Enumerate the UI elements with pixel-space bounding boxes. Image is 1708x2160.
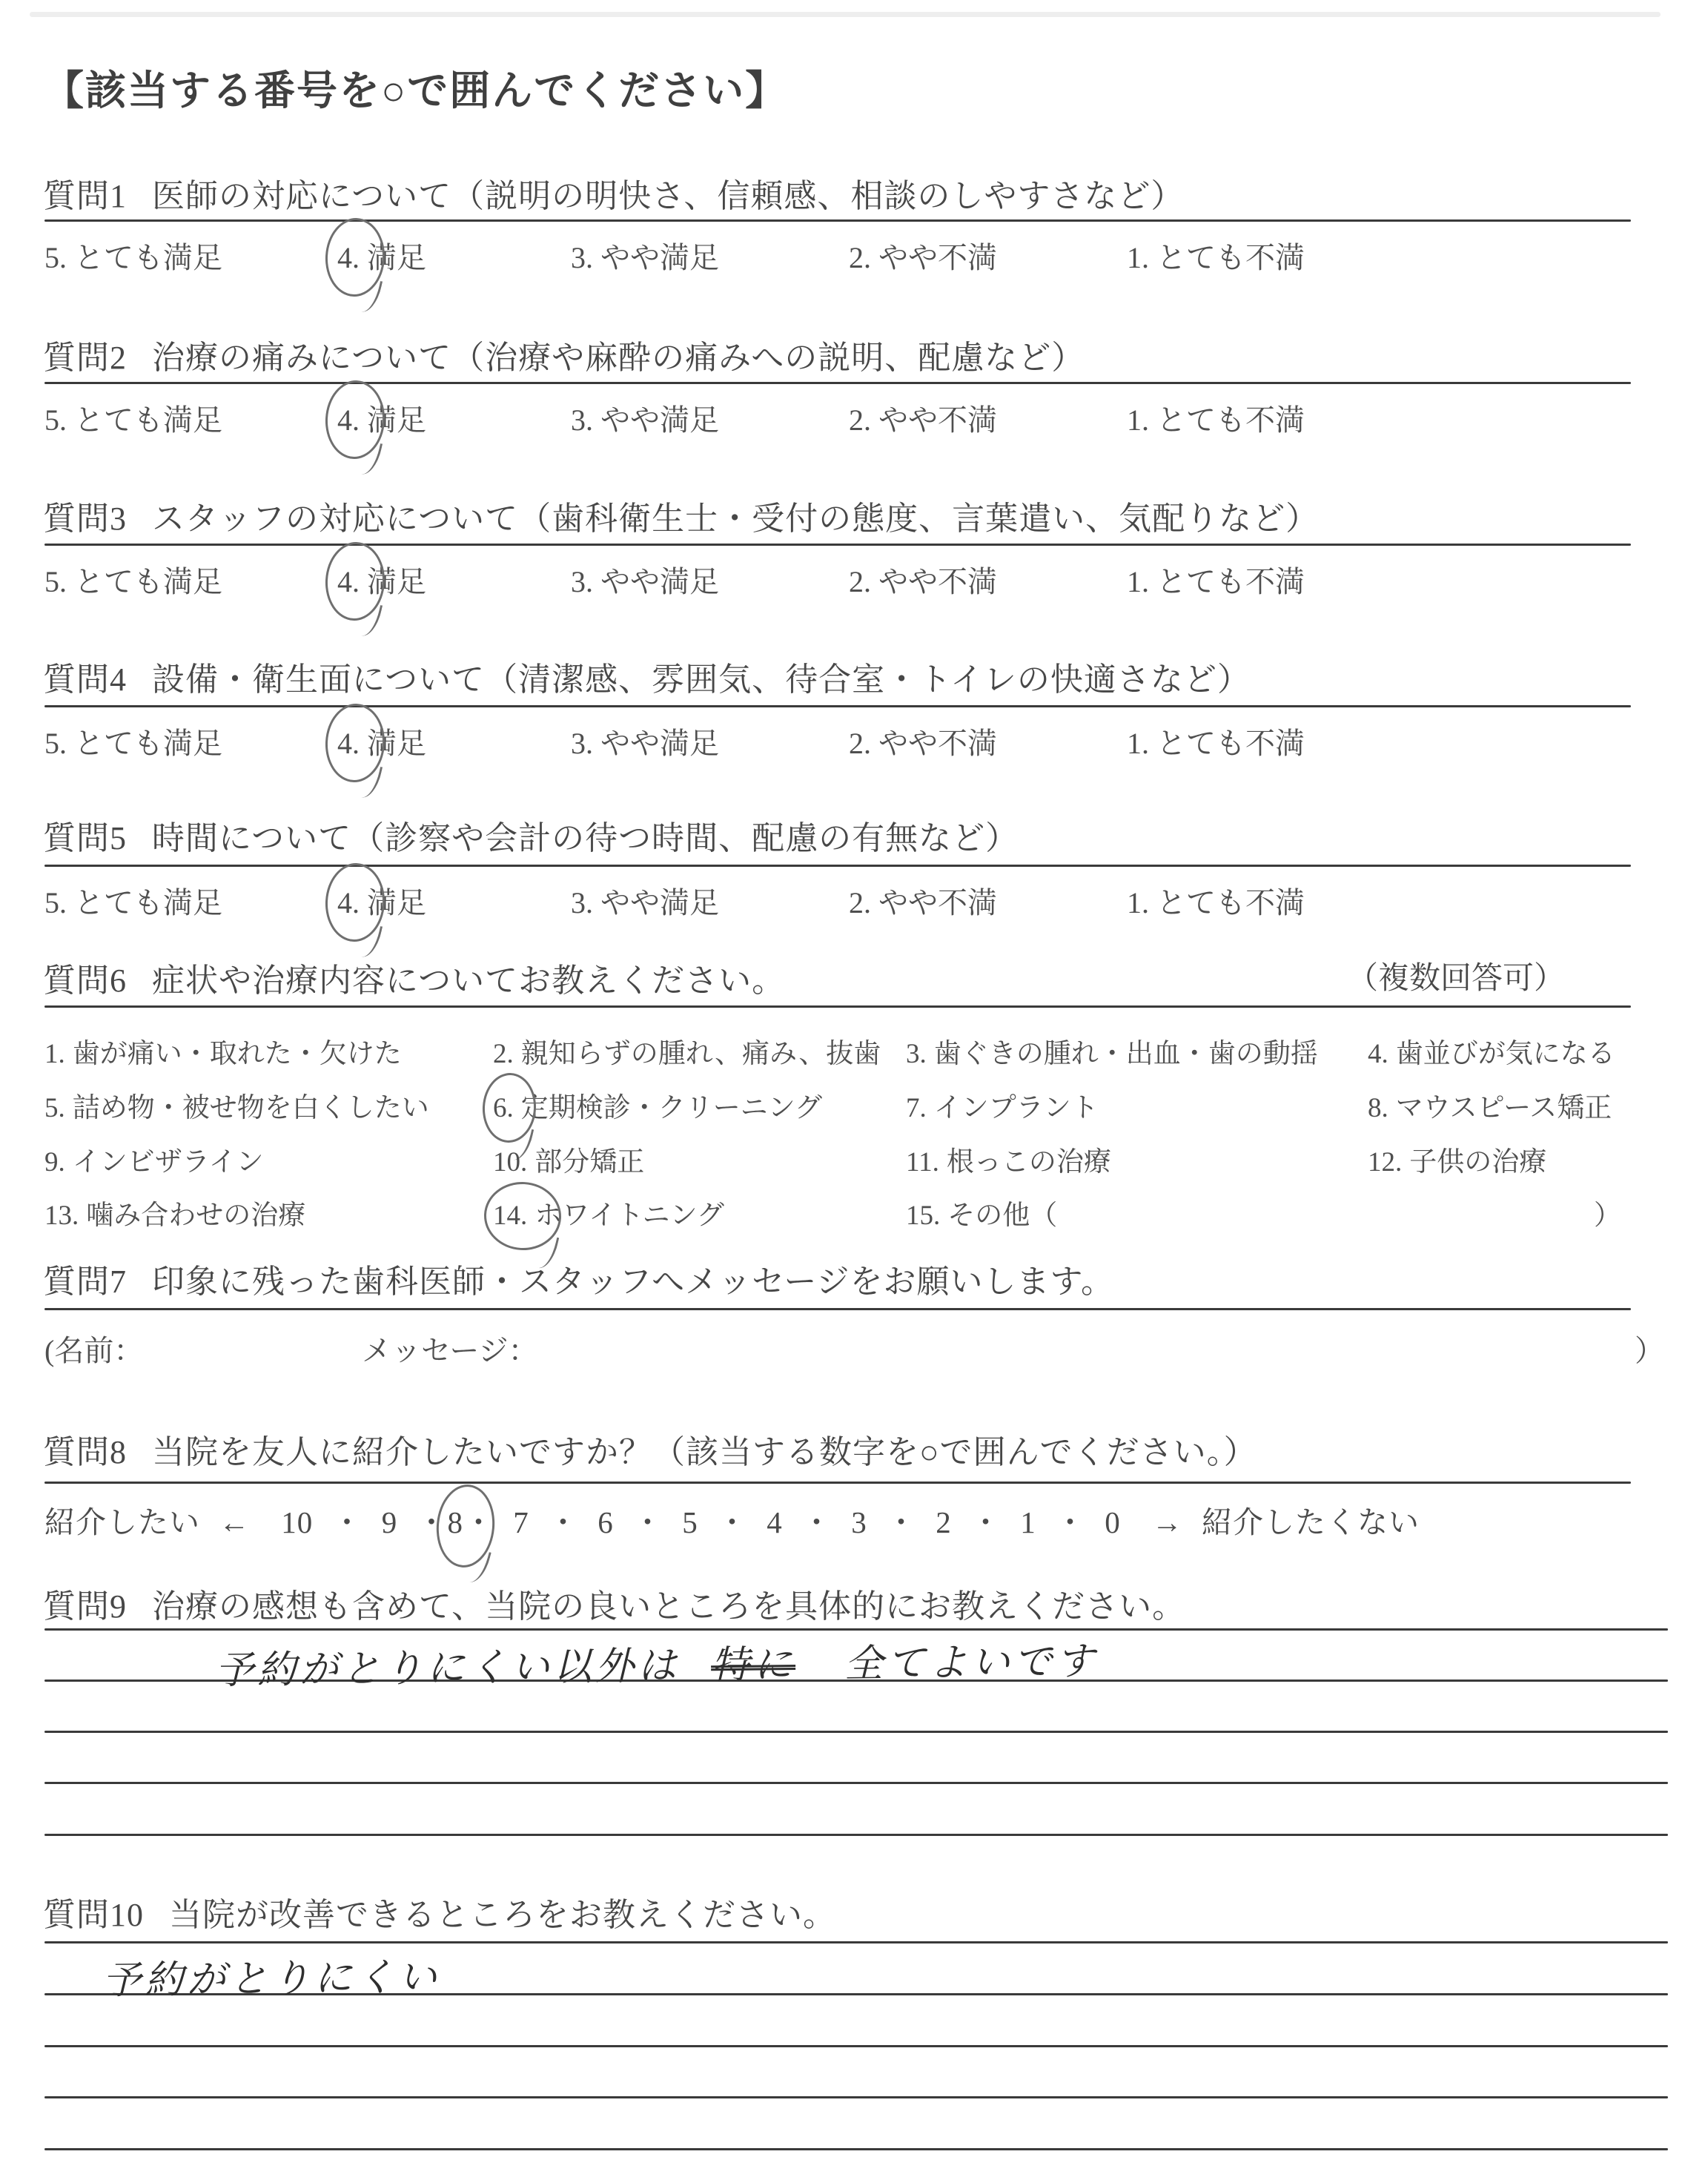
question-2-header: 質問2治療の痛みについて（治療や麻酔の痛みへの説明、配慮など） <box>43 331 1085 378</box>
symptom-option-7[interactable]: 7.インプラント <box>906 1085 1099 1125</box>
rating-option-4-selected[interactable]: 4.満足 <box>337 879 426 922</box>
symptom-option-9[interactable]: 9.インビザライン <box>44 1139 264 1179</box>
answer-line[interactable] <box>44 1628 1668 1631</box>
symptom-option-11[interactable]: 11.根っこの治療 <box>906 1139 1111 1179</box>
question-number: 質問3 <box>43 501 127 537</box>
survey-form: 【該当する番号を○で囲んでください】 質問1医師の対応について（説明の明快さ、信… <box>0 0 1708 2160</box>
symptom-option-6-selected[interactable]: 6.定期検診・クリーニング <box>493 1085 822 1125</box>
nps-scale-right[interactable]: ・ 7 ・ 6 ・ 5 ・ 4 ・ 3 ・ 2 ・ 1 ・ 0 → 紹介したくな… <box>463 1505 1420 1539</box>
ruled-line <box>44 544 1631 546</box>
rating-option-1[interactable]: 1.とても不満 <box>1127 720 1305 762</box>
nps-scale-left[interactable]: 紹介したい ← 10 ・ 9 ・ <box>44 1505 448 1539</box>
rating-option-1[interactable]: 1.とても不満 <box>1127 558 1305 601</box>
question-10-header: 質問10当院が改善できるところをお教えください。 <box>43 1888 836 1935</box>
symptom-option-8[interactable]: 8.マウスピース矯正 <box>1368 1085 1612 1125</box>
answer-line[interactable] <box>44 2148 1668 2150</box>
question-title: 治療の痛みについて（治療や麻酔の痛みへの説明、配慮など） <box>152 340 1085 376</box>
question-1-header: 質問1医師の対応について（説明の明快さ、信頼感、相談のしやすさなど） <box>43 169 1184 217</box>
question-6-header: 質問6症状や治療内容についてお教えください。 <box>43 954 785 1001</box>
symptom-option-13[interactable]: 13.噛み合わせの治療 <box>44 1192 305 1232</box>
question-title: 症状や治療内容についてお教えください。 <box>152 962 785 999</box>
handwritten-text: 予約がとりにくい以外は <box>215 1644 681 1694</box>
question-4-header: 質問4設備・衛生面について（清潔感、雰囲気、待合室・トイレの快適さなど） <box>43 653 1251 700</box>
answer-line[interactable] <box>44 1782 1668 1784</box>
ruled-line <box>44 1005 1631 1008</box>
rating-option-1[interactable]: 1.とても不満 <box>1127 879 1305 922</box>
symptom-option-4[interactable]: 4.歯並びが気になる <box>1368 1031 1615 1071</box>
rating-option-3[interactable]: 3.やや満足 <box>571 720 719 762</box>
ruled-line <box>44 1308 1631 1310</box>
nps-scale[interactable]: 紹介したい ← 10 ・ 9 ・8・ 7 ・ 6 ・ 5 ・ 4 ・ 3 ・ 2… <box>44 1498 1420 1542</box>
rating-option-1[interactable]: 1.とても不満 <box>1127 397 1305 439</box>
question-number: 質問5 <box>43 820 127 856</box>
rating-option-2[interactable]: 2.やや不満 <box>849 720 997 762</box>
symptom-option-10[interactable]: 10.部分矯正 <box>493 1139 644 1179</box>
symptom-option-12[interactable]: 12.子供の治療 <box>1368 1139 1546 1179</box>
rating-option-4-selected[interactable]: 4.満足 <box>337 397 426 439</box>
rating-option-3[interactable]: 3.やや満足 <box>571 558 719 601</box>
symptom-option-1[interactable]: 1.歯が痛い・取れた・欠けた <box>44 1031 402 1071</box>
rating-option-4-selected[interactable]: 4.満足 <box>337 558 426 601</box>
question-title: 設備・衛生面について（清潔感、雰囲気、待合室・トイレの快適さなど） <box>152 661 1251 698</box>
ruled-line <box>44 382 1631 384</box>
handwritten-answer-q10: 予約がとりにくい <box>102 1946 441 2005</box>
question-number: 質問8 <box>43 1434 127 1470</box>
question-title: 治療の感想も含めて、当院の良いところを具体的にお教えください。 <box>152 1588 1185 1625</box>
rating-option-5[interactable]: 5.とても満足 <box>44 397 222 439</box>
rating-option-5[interactable]: 5.とても満足 <box>44 879 222 922</box>
symptom-option-2[interactable]: 2.親知らずの腫れ、痛み、抜歯 <box>493 1031 881 1071</box>
closing-paren: ） <box>1594 1192 1621 1232</box>
rating-option-1[interactable]: 1.とても不満 <box>1127 234 1305 277</box>
rating-option-3[interactable]: 3.やや満足 <box>571 397 719 439</box>
handwritten-text: 全てよいです <box>844 1639 1099 1687</box>
symptom-option-15-other[interactable]: 15.その他（ <box>906 1192 1057 1232</box>
rating-option-5[interactable]: 5.とても満足 <box>44 720 222 762</box>
answer-line[interactable] <box>44 1834 1668 1836</box>
question-8-header: 質問8当院を友人に紹介したいですか？（該当する数字を○で囲んでください。） <box>43 1425 1257 1473</box>
multi-answer-note: （複数回答可） <box>1347 954 1565 998</box>
rating-option-5[interactable]: 5.とても満足 <box>44 234 222 277</box>
rating-option-3[interactable]: 3.やや満足 <box>571 879 719 922</box>
question-number: 質問4 <box>43 661 127 698</box>
rating-option-2[interactable]: 2.やや不満 <box>849 397 997 439</box>
strikethrough-text: 特に <box>711 1642 796 1688</box>
question-number: 質問9 <box>43 1588 127 1625</box>
form-title: 【該当する番号を○で囲んでください】 <box>43 58 787 116</box>
name-field-label[interactable]: (名前： <box>44 1327 143 1370</box>
ruled-line <box>44 1482 1631 1484</box>
scan-edge-artifact <box>30 12 1661 17</box>
ruled-line <box>44 219 1631 222</box>
question-5-header: 質問5時間について（診察や会計の待つ時間、配慮の有無など） <box>43 811 1019 859</box>
rating-option-3[interactable]: 3.やや満足 <box>571 234 719 277</box>
handwritten-text: 予約がとりにくい <box>102 1955 441 2004</box>
nps-selected-value[interactable]: 8 <box>448 1505 464 1539</box>
rating-option-4-selected[interactable]: 4.満足 <box>337 234 426 277</box>
question-title: 医師の対応について（説明の明快さ、信頼感、相談のしやすさなど） <box>152 178 1184 214</box>
question-title: 当院が改善できるところをお教えください。 <box>169 1897 836 1933</box>
question-title: 印象に残った歯科医師・スタッフへメッセージをお願いします。 <box>152 1264 1114 1300</box>
closing-paren: ） <box>1635 1327 1664 1370</box>
answer-line[interactable] <box>44 2045 1668 2047</box>
rating-option-5[interactable]: 5.とても満足 <box>44 558 222 601</box>
question-number: 質問2 <box>43 340 127 376</box>
answer-line[interactable] <box>44 1941 1668 1943</box>
question-number: 質問1 <box>43 178 127 214</box>
answer-line[interactable] <box>44 2096 1668 2098</box>
question-number: 質問6 <box>43 962 127 999</box>
rating-option-4-selected[interactable]: 4.満足 <box>337 720 426 762</box>
ruled-line <box>44 865 1631 867</box>
message-field-label[interactable]: メッセージ： <box>362 1327 538 1370</box>
rating-option-2[interactable]: 2.やや不満 <box>849 879 997 922</box>
rating-option-2[interactable]: 2.やや不満 <box>849 234 997 277</box>
question-title: 時間について（診察や会計の待つ時間、配慮の有無など） <box>152 820 1019 856</box>
question-7-header: 質問7印象に残った歯科医師・スタッフへメッセージをお願いします。 <box>43 1255 1114 1302</box>
handwritten-answer-q9: 予約がとりにくい以外は特に全てよいです <box>215 1630 1099 1694</box>
symptom-option-5[interactable]: 5.詰め物・被せ物を白くしたい <box>44 1085 429 1125</box>
question-number: 質問10 <box>43 1897 144 1933</box>
answer-line[interactable] <box>44 1731 1668 1733</box>
symptom-option-3[interactable]: 3.歯ぐきの腫れ・出血・歯の動揺 <box>906 1031 1318 1071</box>
question-number: 質問7 <box>43 1264 127 1300</box>
question-title: 当院を友人に紹介したいですか？（該当する数字を○で囲んでください。） <box>152 1434 1257 1470</box>
rating-option-2[interactable]: 2.やや不満 <box>849 558 997 601</box>
symptom-option-14-selected[interactable]: 14.ホワイトニング <box>493 1192 724 1232</box>
ruled-line <box>44 705 1631 707</box>
question-9-header: 質問9治療の感想も含めて、当院の良いところを具体的にお教えください。 <box>43 1579 1185 1627</box>
question-title: スタッフの対応について（歯科衛生士・受付の態度、言葉遣い、気配りなど） <box>152 501 1319 537</box>
question-3-header: 質問3スタッフの対応について（歯科衛生士・受付の態度、言葉遣い、気配りなど） <box>43 492 1319 539</box>
